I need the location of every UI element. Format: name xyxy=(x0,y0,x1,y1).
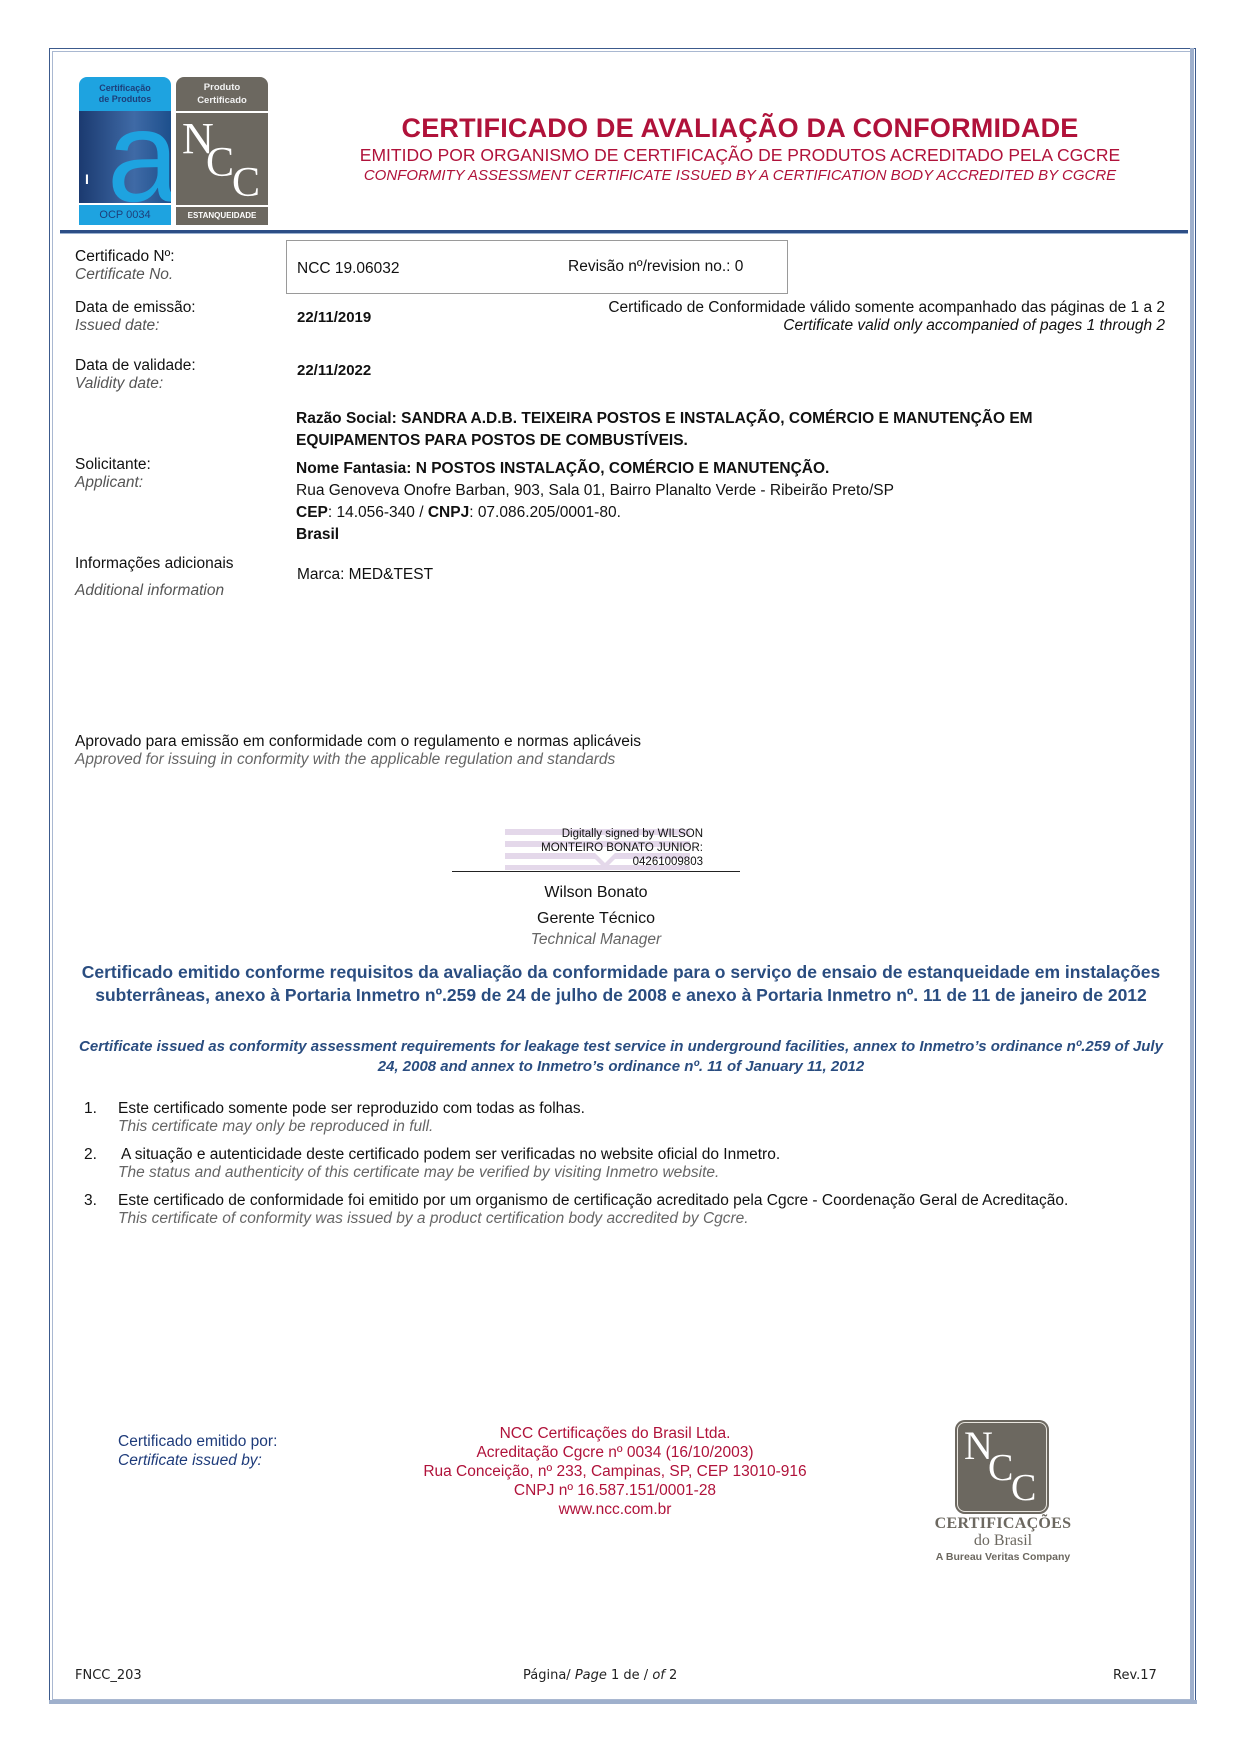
label-en: Additional information xyxy=(75,577,234,604)
ncc-letter: C xyxy=(206,139,234,187)
signatory-role-pt: Gerente Técnico xyxy=(452,906,740,932)
digital-signature[interactable]: Digitally signed by WILSON MONTEIRO BONA… xyxy=(505,827,703,869)
note-pt: A situação e autenticidade deste certifi… xyxy=(121,1146,1184,1164)
approval-en: Approved for issuing in conformity with … xyxy=(75,751,641,769)
ncc-product-certified-logo: Produto Certificado N C C ESTANQUEIDADE xyxy=(176,77,268,223)
applicant-details: Razão Social: SANDRA A.D.B. TEIXEIRA POS… xyxy=(296,408,1033,546)
inmetro-logo-text: Certificação xyxy=(79,83,171,94)
header-divider xyxy=(60,230,1188,234)
page-border-shadow-right xyxy=(1190,48,1194,1704)
page-of-en: of xyxy=(652,1668,665,1683)
applicant-address: Rua Genoveva Onofre Barban, 903, Sala 01… xyxy=(296,480,1033,502)
label-pt: Certificado Nº: xyxy=(75,248,175,265)
page-total: 2 xyxy=(665,1668,677,1683)
validity-note-pt: Certificado de Conformidade válido somen… xyxy=(560,299,1165,317)
ncc-product-logo-top: Produto Certificado xyxy=(176,77,268,111)
additional-info-label: Informações adicionais Additional inform… xyxy=(75,550,234,604)
form-code: FNCC_203 xyxy=(75,1668,142,1683)
scope-statement-pt: Certificado emitido conforme requisitos … xyxy=(76,961,1166,1007)
inmetro-mark-icon: I xyxy=(85,171,89,187)
note-en: The status and authenticity of this cert… xyxy=(118,1164,1184,1182)
issuer-cnpj: CNPJ nº 16.587.151/0001-28 xyxy=(380,1481,850,1500)
label-pt: Certificado emitido por: xyxy=(118,1432,277,1451)
scope-statement-en: Certificate issued as conformity assessm… xyxy=(70,1037,1172,1077)
notes-list: 1. Este certificado somente pode ser rep… xyxy=(84,1100,1184,1238)
issued-date-label: Data de emissão: Issued date: xyxy=(75,299,196,335)
subtitle-pt: EMITIDO POR ORGANISMO DE CERTIFICAÇÃO DE… xyxy=(300,145,1180,166)
list-item: 1. Este certificado somente pode ser rep… xyxy=(84,1100,1184,1136)
cep-label: CEP xyxy=(296,504,328,521)
signatory-name: Wilson Bonato xyxy=(452,880,740,906)
label-pt: Solicitante: xyxy=(75,456,151,473)
company-name: Razão Social: SANDRA A.D.B. TEIXEIRA POS… xyxy=(296,408,1033,430)
label-en: Applicant: xyxy=(75,474,151,492)
label-pt: Data de emissão: xyxy=(75,299,196,316)
brand-line: do Brasil xyxy=(918,1532,1088,1550)
issuer-address: Rua Conceição, nº 233, Campinas, SP, CEP… xyxy=(380,1462,850,1481)
issued-by-label: Certificado emitido por: Certificate iss… xyxy=(118,1432,277,1470)
page-current: 1 de / xyxy=(607,1668,652,1683)
note-number: 1. xyxy=(84,1100,97,1118)
form-revision: Rev.17 xyxy=(1113,1668,1157,1683)
signature-line: 04261009803 xyxy=(505,855,703,869)
approval-statement: Aprovado para emissão em conformidade co… xyxy=(75,733,641,769)
issuer-name: NCC Certificações do Brasil Ltda. xyxy=(380,1424,850,1443)
note-pt: Este certificado somente pode ser reprod… xyxy=(118,1100,1184,1118)
note-pt: Este certificado de conformidade foi emi… xyxy=(118,1192,1184,1210)
page-label-pt: Página/ xyxy=(523,1668,575,1683)
signature-rule xyxy=(452,871,740,872)
page-border-shadow-bottom xyxy=(49,1700,1197,1704)
applicant-label: Solicitante: Applicant: xyxy=(75,456,151,492)
note-number: 2. xyxy=(84,1146,97,1164)
label-pt: Data de validade: xyxy=(75,357,196,374)
note-number: 3. xyxy=(84,1192,97,1210)
cnpj-value: : 07.086.205/0001-80. xyxy=(469,504,621,521)
label-en: Validity date: xyxy=(75,375,196,393)
validity-pages-note: Certificado de Conformidade válido somen… xyxy=(560,299,1165,335)
ncc-logo-icon: N C C xyxy=(955,1420,1049,1514)
ncc-letter: C xyxy=(1011,1466,1036,1510)
ncc-letter: C xyxy=(232,159,260,207)
ocp-code: OCP 0034 xyxy=(79,205,171,225)
issued-date-value: 22/11/2019 xyxy=(297,309,371,326)
certificate-header: CERTIFICADO DE AVALIAÇÃO DA CONFORMIDADE… xyxy=(300,113,1180,184)
list-item: 3. Este certificado de conformidade foi … xyxy=(84,1192,1184,1228)
label-en: Issued date: xyxy=(75,317,196,335)
label-en: Certificate No. xyxy=(75,266,175,284)
inmetro-a-letter: a xyxy=(107,111,171,203)
cnpj-label: CNPJ xyxy=(428,504,469,521)
approval-pt: Aprovado para emissão em conformidade co… xyxy=(75,733,641,751)
trade-name: Nome Fantasia: N POSTOS INSTALAÇÃO, COMÉ… xyxy=(296,458,1033,480)
brand-line: CERTIFICAÇÕES xyxy=(918,1515,1088,1533)
page-label-en: Page xyxy=(575,1668,607,1683)
certificate-no-label: Certificado Nº: Certificate No. xyxy=(75,248,175,284)
signatory: Wilson Bonato Gerente Técnico Technical … xyxy=(452,880,740,948)
ncc-product-logo-text: Certificado xyxy=(176,94,268,107)
issuer-accreditation: Acreditação Cgcre nº 0034 (16/10/2003) xyxy=(380,1443,850,1462)
scope-label: ESTANQUEIDADE xyxy=(176,207,268,225)
page-title: CERTIFICADO DE AVALIAÇÃO DA CONFORMIDADE xyxy=(300,113,1180,144)
label-pt: Informações adicionais xyxy=(75,555,234,572)
certificate-number: NCC 19.06032 xyxy=(297,260,400,278)
inmetro-a-icon: a I xyxy=(79,111,171,203)
signature-line: MONTEIRO BONATO JUNIOR: xyxy=(505,841,703,855)
inmetro-logo-top: Certificação de Produtos xyxy=(79,77,171,111)
issuer-details: NCC Certificações do Brasil Ltda. Acredi… xyxy=(380,1424,850,1519)
subtitle-en: CONFORMITY ASSESSMENT CERTIFICATE ISSUED… xyxy=(300,167,1180,184)
cep-value: : 14.056-340 / xyxy=(328,504,428,521)
cep-cnpj: CEP: 14.056-340 / CNPJ: 07.086.205/0001-… xyxy=(296,502,1033,524)
validity-date-label: Data de validade: Validity date: xyxy=(75,357,196,393)
country: Brasil xyxy=(296,524,1033,546)
page-number: Página/ Page 1 de / of 2 xyxy=(523,1668,677,1683)
inmetro-logo-text: de Produtos xyxy=(79,94,171,105)
signature-line: Digitally signed by WILSON xyxy=(505,827,703,841)
label-en: Certificate issued by: xyxy=(118,1451,277,1470)
note-en: This certificate of conformity was issue… xyxy=(118,1210,1184,1228)
signatory-role-en: Technical Manager xyxy=(452,932,740,948)
validity-date-value: 22/11/2022 xyxy=(297,362,371,379)
issuer-website-link[interactable]: www.ncc.com.br xyxy=(380,1500,850,1519)
ncc-brand-text: CERTIFICAÇÕES do Brasil A Bureau Veritas… xyxy=(918,1515,1088,1563)
list-item: 2. A situação e autenticidade deste cert… xyxy=(84,1146,1184,1182)
company-name-cont: EQUIPAMENTOS PARA POSTOS DE COMBUSTÍVEIS… xyxy=(296,430,1033,452)
ncc-monogram-icon: N C C xyxy=(176,113,268,205)
inmetro-accreditation-logo: Certificação de Produtos a I OCP 0034 xyxy=(79,77,171,223)
ncc-product-logo-text: Produto xyxy=(176,81,268,94)
brand-value: Marca: MED&TEST xyxy=(297,566,433,584)
revision-number: Revisão nº/revision no.: 0 xyxy=(568,258,743,276)
brand-tagline: A Bureau Veritas Company xyxy=(918,1551,1088,1563)
ncc-letter: C xyxy=(988,1446,1013,1490)
note-en: This certificate may only be reproduced … xyxy=(118,1118,1184,1136)
validity-note-en: Certificate valid only accompanied of pa… xyxy=(560,317,1165,335)
